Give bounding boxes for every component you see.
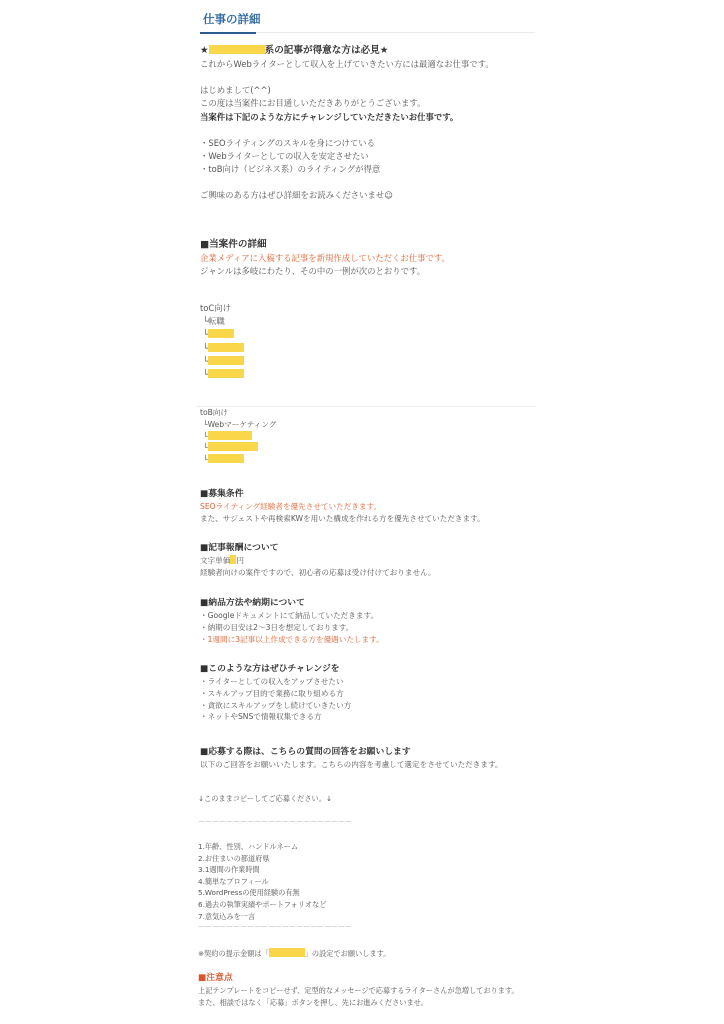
- list-item: └: [203, 454, 535, 466]
- requirements-section: ■募集条件 SEOライティング経験者を優先させていただきます。 また、サジェスト…: [200, 487, 535, 525]
- list-item: └: [203, 328, 535, 341]
- reward-section: ■記事報酬について 文字単価円 経験者向けの案件ですので、初心者の応募は受け付け…: [200, 541, 535, 579]
- list-item: 3.1週間の作業時間: [198, 864, 533, 876]
- delivery-section: ■納品方法や納期について ・Googleドキュメントにて納品していただきます。 …: [200, 596, 535, 645]
- list-item: └: [203, 342, 535, 355]
- tob-genre-list: toB向け └Webマーケティング └ └ └: [200, 407, 535, 466]
- list-item: ・ネットやSNSで情報収集できる方: [200, 711, 535, 723]
- list-item: └: [203, 368, 535, 381]
- list-item: ・ライターとしての収入をアップさせたい: [200, 676, 535, 688]
- details-section: ■当案件の詳細 企業メディアに入稿する記事を新規作成していただくお仕事です。 ジ…: [200, 238, 535, 278]
- redacted-mask: [209, 45, 265, 54]
- job-details-page: 仕事の詳細 ★系の記事が得意な方は必見★ これからWebライターとして収入を上げ…: [200, 0, 535, 33]
- details-highlight: 企業メディアに入稿する記事を新規作成していただくお仕事です。: [200, 252, 535, 265]
- copy-hint: ↓このままコピーしてご応募ください。↓: [198, 793, 533, 805]
- contract-note: ※契約の提示金額は「」の設定でお願いします。: [198, 948, 533, 960]
- caution-line: また、相談ではなく「応募」ボタンを押し、先にお進みくださいませ。: [198, 997, 533, 1009]
- redacted-mask: [208, 356, 244, 365]
- thanks-text: この度は当案件にお目通しいただきありがとうございます。: [200, 97, 535, 110]
- toc-genre-list: toC向け └転職 └ └ └ └: [200, 302, 535, 381]
- list-item: └Webマーケティング: [203, 419, 535, 431]
- list-item-highlight: ・1週間に3記事以上作成できる方を優遇いたします。: [200, 634, 535, 646]
- list-item: ・Googleドキュメントにて納品していただきます。: [200, 610, 535, 622]
- list-item: 5.WordPressの使用経験の有無: [198, 887, 533, 899]
- genre-note: ジャンルは多岐にわたり、その中の一例が次のとおりです。: [200, 265, 535, 278]
- caution-section: ■注意点 上記テンプレートをコピーせず、定型的なメッセージで応募するライターさん…: [198, 971, 533, 1009]
- list-item: ・SEOライティングのスキルを身につけている: [200, 137, 535, 150]
- section-heading: ■応募する際は、こちらの質問の回答をお願いします: [200, 745, 535, 759]
- list-item: ・スキルアップ目的で業務に取り組める方: [200, 688, 535, 700]
- question-list: 1.年齢、性別、ハンドルネーム 2.お住まいの都道府県 3.1週間の作業時間 4…: [198, 841, 533, 932]
- redacted-mask: [208, 454, 244, 463]
- separator: －－－－－－－－－－－－－－－－－－－－－－: [198, 817, 533, 829]
- list-item: └転職: [203, 315, 535, 328]
- section-tab-bar: 仕事の詳細: [200, 0, 535, 33]
- intro-subline: これからWebライターとして収入を上げていきたい方には最適なお仕事です。: [200, 58, 535, 71]
- apply-template: ↓このままコピーしてご応募ください。↓ －－－－－－－－－－－－－－－－－－－－…: [198, 793, 533, 829]
- list-item: └: [203, 355, 535, 368]
- requirements-note: また、サジェストや再検索KWを用いた構成を作れる方を優先させていただきます。: [200, 513, 535, 525]
- section-heading: ■当案件の詳細: [200, 238, 535, 252]
- section-heading: ■募集条件: [200, 487, 535, 501]
- requirements-highlight: SEOライティング経験者を優先させていただきます。: [200, 501, 535, 513]
- list-item: ・Webライターとしての収入を安定させたい: [200, 150, 535, 163]
- section-heading: ■このような方はぜひチャレンジを: [200, 662, 535, 676]
- list-item: └: [203, 442, 535, 454]
- list-item: 2.お住まいの都道府県: [198, 853, 533, 865]
- toc-label: toC向け: [200, 302, 535, 315]
- list-item: ・納期の目安は2〜3日を想定しております。: [200, 622, 535, 634]
- apply-note: 以下のご回答をお願いいたします。こちらの内容を考慮して選定をさせていただきます。: [200, 759, 535, 771]
- redacted-mask: [208, 431, 252, 440]
- tob-label: toB向け: [200, 407, 535, 419]
- tab-job-details[interactable]: 仕事の詳細: [203, 11, 261, 27]
- section-heading: ■納品方法や納期について: [200, 596, 535, 610]
- unit-price: 文字単価円: [200, 555, 535, 567]
- challenge-text: 当案件は下記のような方にチャレンジしていただきたいお仕事です。: [200, 111, 535, 124]
- separator: －－－－－－－－－－－－－－－－－－－－－－: [198, 922, 533, 932]
- list-item: 1.年齢、性別、ハンドルネーム: [198, 841, 533, 853]
- redacted-mask: [269, 948, 305, 957]
- redacted-mask: [208, 343, 244, 352]
- active-tab-indicator: [200, 32, 256, 34]
- list-item: └: [203, 431, 535, 443]
- list-item: ・貪欲にスキルアップをし続けていきたい方: [200, 700, 535, 712]
- caution-line: 上記テンプレートをコピーせず、定型的なメッセージで応募するライターさんが急増して…: [198, 985, 533, 997]
- list-item: 7.意気込みを一言: [198, 911, 533, 923]
- intro-headline: ★系の記事が得意な方は必見★: [200, 44, 535, 58]
- apply-section: ■応募する際は、こちらの質問の回答をお願いします 以下のご回答をお願いいたします…: [200, 745, 535, 771]
- target-list: ・SEOライティングのスキルを身につけている ・Webライターとしての収入を安定…: [200, 137, 535, 177]
- reward-note: 経験者向けの案件ですので、初心者の応募は受け付けておりません。: [200, 567, 535, 579]
- invite-text: ご興味のある方はぜひ詳細をお読みくださいませ☺: [200, 189, 535, 202]
- redacted-mask: [208, 369, 244, 378]
- list-item: ・toB向け（ビジネス系）のライティングが得意: [200, 163, 535, 176]
- list-item: 6.過去の執筆実績やポートフォリオなど: [198, 899, 533, 911]
- redacted-mask: [208, 442, 258, 451]
- greeting-text: はじめまして(^^): [200, 84, 535, 97]
- section-heading: ■注意点: [198, 971, 533, 985]
- intro-block: ★系の記事が得意な方は必見★ これからWebライターとして収入を上げていきたい方…: [200, 44, 535, 203]
- list-item: 4.簡単なプロフィール: [198, 876, 533, 888]
- welcome-section: ■このような方はぜひチャレンジを ・ライターとしての収入をアップさせたい ・スキ…: [200, 662, 535, 723]
- redacted-mask: [208, 329, 234, 338]
- section-heading: ■記事報酬について: [200, 541, 535, 555]
